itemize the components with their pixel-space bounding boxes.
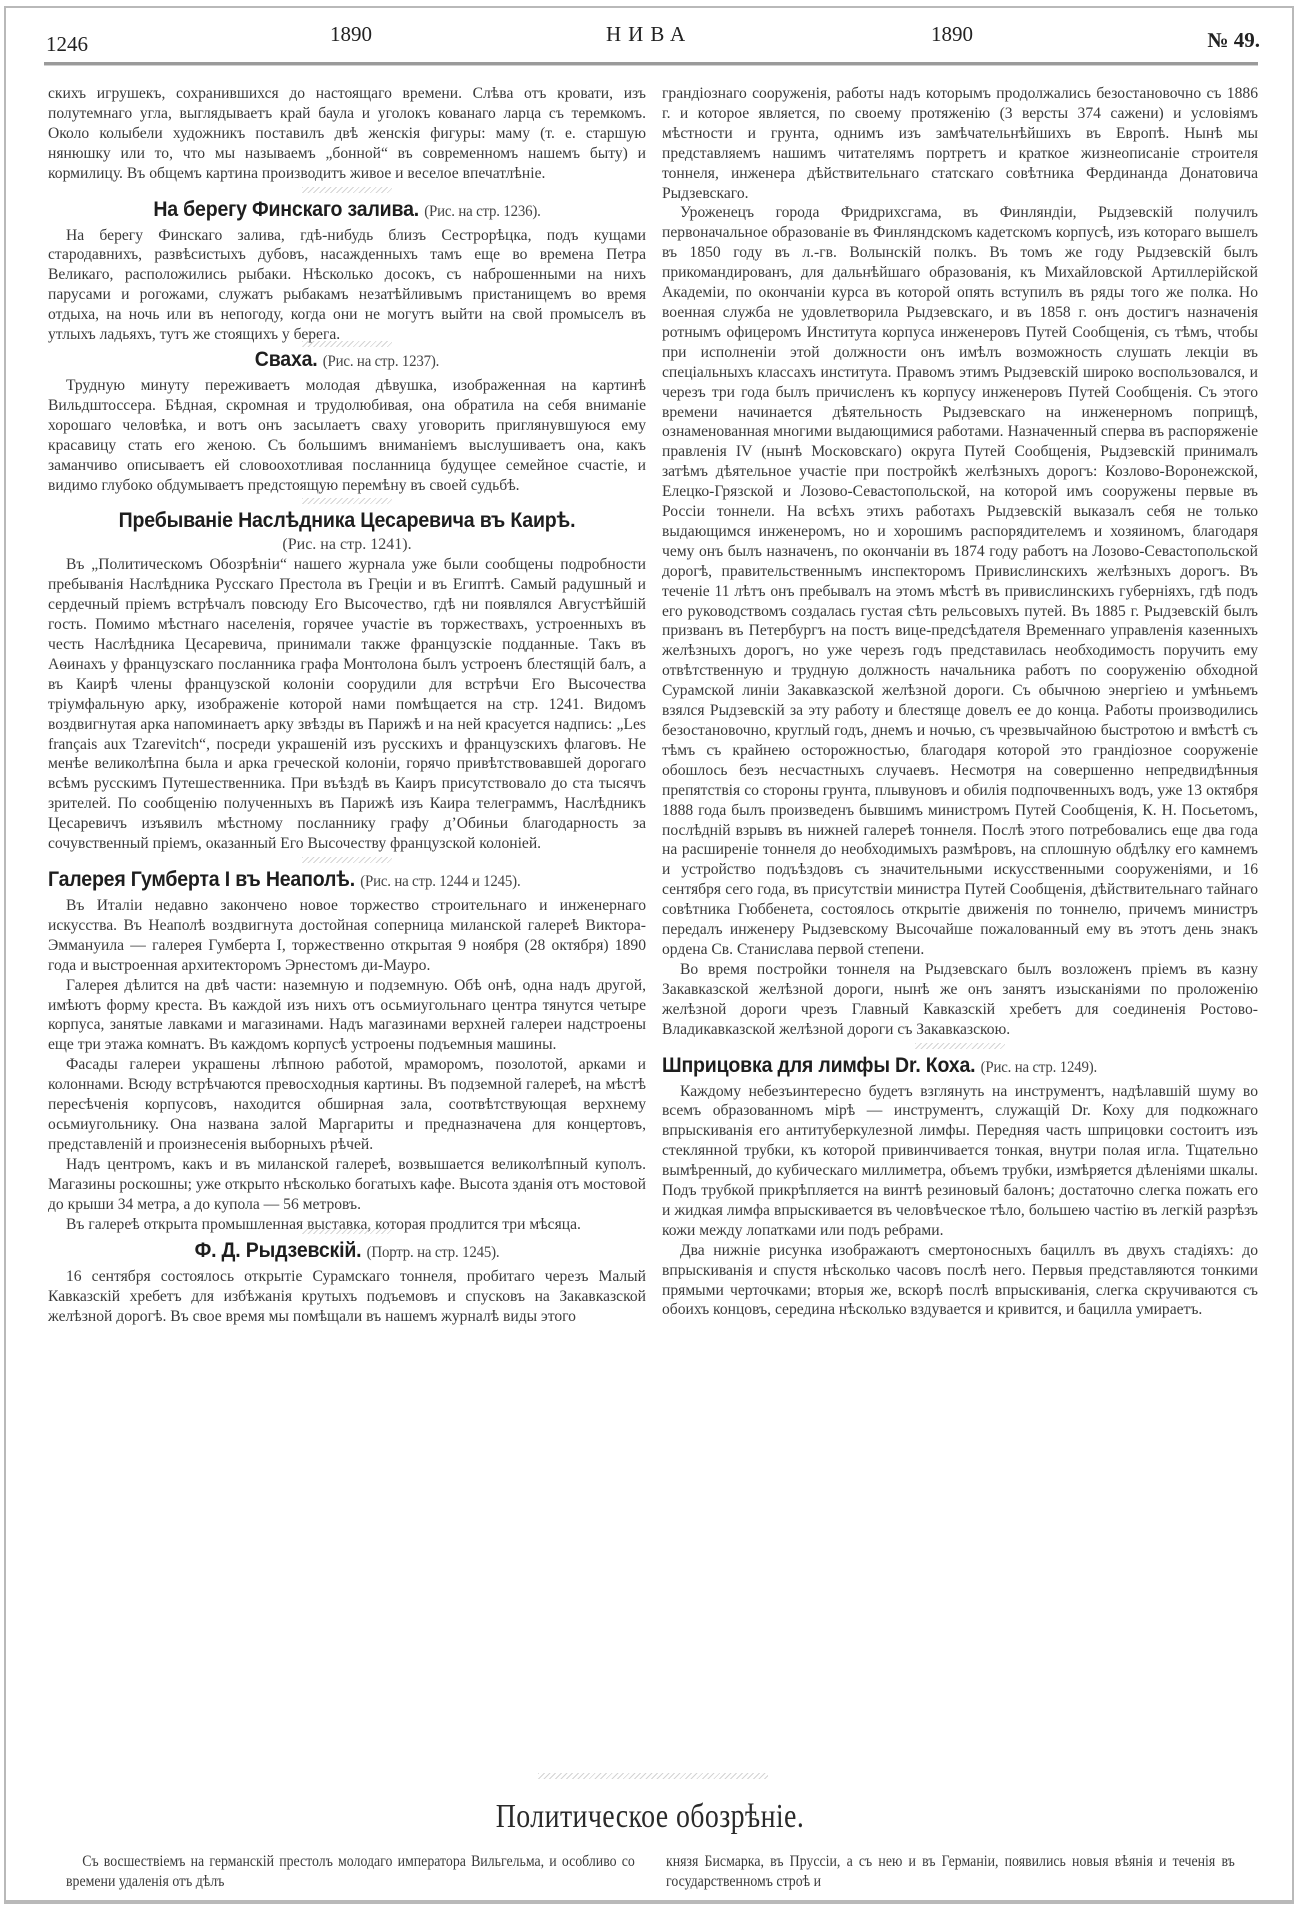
issue-number: № 49. — [1207, 28, 1260, 53]
figure-reference: (Рис. на стр. 1244 и 1245). — [360, 873, 520, 890]
article-paragraph: Два нижніе рисунка изображаютъ смертонос… — [662, 1241, 1258, 1321]
political-review-text: князя Бисмарка, въ Пруссіи, а съ нею и в… — [666, 1852, 1235, 1892]
continuation-paragraph: Уроженецъ города Фридрихсгама, въ Финлян… — [662, 203, 1258, 959]
header-rule — [44, 62, 1258, 66]
figure-reference: (Рис. на стр. 1241). — [48, 535, 646, 555]
article-finnish-gulf: На берегу Финскаго залива. (Рис. на стр.… — [48, 197, 646, 345]
political-review-right: князя Бисмарка, въ Пруссіи, а съ нею и в… — [666, 1852, 1235, 1892]
article-heading: Пребываніе Наслѣдника Цесаревича въ Каир… — [69, 508, 625, 534]
article-svakha: Сваха. (Рис. на стр. 1237). Трудную мину… — [48, 347, 646, 495]
article-paragraph: Въ Италіи недавно закончено новое торжес… — [48, 896, 646, 976]
article-paragraph: Трудную минуту переживаетъ молодая дѣвуш… — [48, 376, 646, 495]
intro-paragraph: скихъ игрушекъ, сохранившихся до настоящ… — [48, 84, 646, 184]
article-koch-syringe: Шприцовка для лимфы Dr. Коха. (Рис. на с… — [662, 1053, 1258, 1321]
article-heading: Шприцовка для лимфы Dr. Коха. (Рис. на с… — [662, 1053, 1216, 1081]
article-paragraph: Надъ центромъ, какъ и въ миланской галер… — [48, 1155, 646, 1215]
figure-reference: (Рис. на стр. 1249). — [981, 1059, 1097, 1076]
political-review-text: Съ восшествіемъ на германскій престолъ м… — [66, 1852, 635, 1892]
article-tsesarevich-cairo: Пребываніе Наслѣдника Цесаревича въ Каир… — [48, 508, 646, 854]
article-paragraph: 16 сентября состоялось открытіе Сурамска… — [48, 1267, 646, 1327]
continuation-paragraph: грандіознаго сооруженія, работы надъ кот… — [662, 84, 1258, 203]
continuation-paragraph: Во время постройки тоннеля на Рыдзевскаг… — [662, 960, 1258, 1040]
section-divider — [538, 1773, 768, 1779]
section-divider — [915, 1043, 1005, 1049]
article-paragraph: Галерея дѣлится на двѣ части: наземную и… — [48, 976, 646, 1056]
section-divider — [302, 857, 392, 863]
political-review-left: Съ восшествіемъ на германскій престолъ м… — [66, 1852, 635, 1892]
article-rydzevsky: Ф. Д. Рыдзевскій. (Портр. на стр. 1245).… — [48, 1238, 646, 1327]
section-divider — [302, 1228, 392, 1234]
figure-reference: (Рис. на стр. 1236). — [424, 203, 540, 220]
page-number: 1246 — [46, 32, 88, 57]
article-heading: Ф. Д. Рыдзевскій. (Портр. на стр. 1245). — [69, 1238, 625, 1266]
article-paragraph: На берегу Финскаго залива, гдѣ-нибудь бл… — [48, 226, 646, 345]
article-heading: Сваха. (Рис. на стр. 1237). — [69, 347, 625, 375]
political-review-title: Политическое обозрѣніе. — [117, 1798, 1183, 1836]
article-paragraph: Каждому небезъинтересно будетъ взглянуть… — [662, 1082, 1258, 1241]
article-paragraph: Въ „Политическомъ Обозрѣніи“ нашего журн… — [48, 555, 646, 854]
article-heading: На берегу Финскаго залива. (Рис. на стр.… — [69, 197, 625, 225]
magazine-title: НИВА — [606, 22, 692, 47]
right-column: грандіознаго сооруженія, работы надъ кот… — [662, 84, 1258, 1320]
section-divider — [302, 187, 392, 193]
figure-reference: (Рис. на стр. 1237). — [323, 353, 439, 370]
article-paragraph: Фасады галереи украшены лѣпною работой, … — [48, 1055, 646, 1155]
figure-reference: (Портр. на стр. 1245). — [367, 1244, 500, 1261]
running-head: 1246 1890 НИВА 1890 № 49. — [44, 18, 1260, 58]
year-right: 1890 — [931, 22, 973, 47]
section-divider — [302, 498, 392, 504]
year-left: 1890 — [330, 22, 372, 47]
article-heading: Галерея Гумберта I въ Неаполѣ. (Рис. на … — [48, 867, 604, 895]
left-column: скихъ игрушекъ, сохранившихся до настоящ… — [48, 84, 646, 1327]
article-galleria-umberto: Галерея Гумберта I въ Неаполѣ. (Рис. на … — [48, 867, 646, 1234]
